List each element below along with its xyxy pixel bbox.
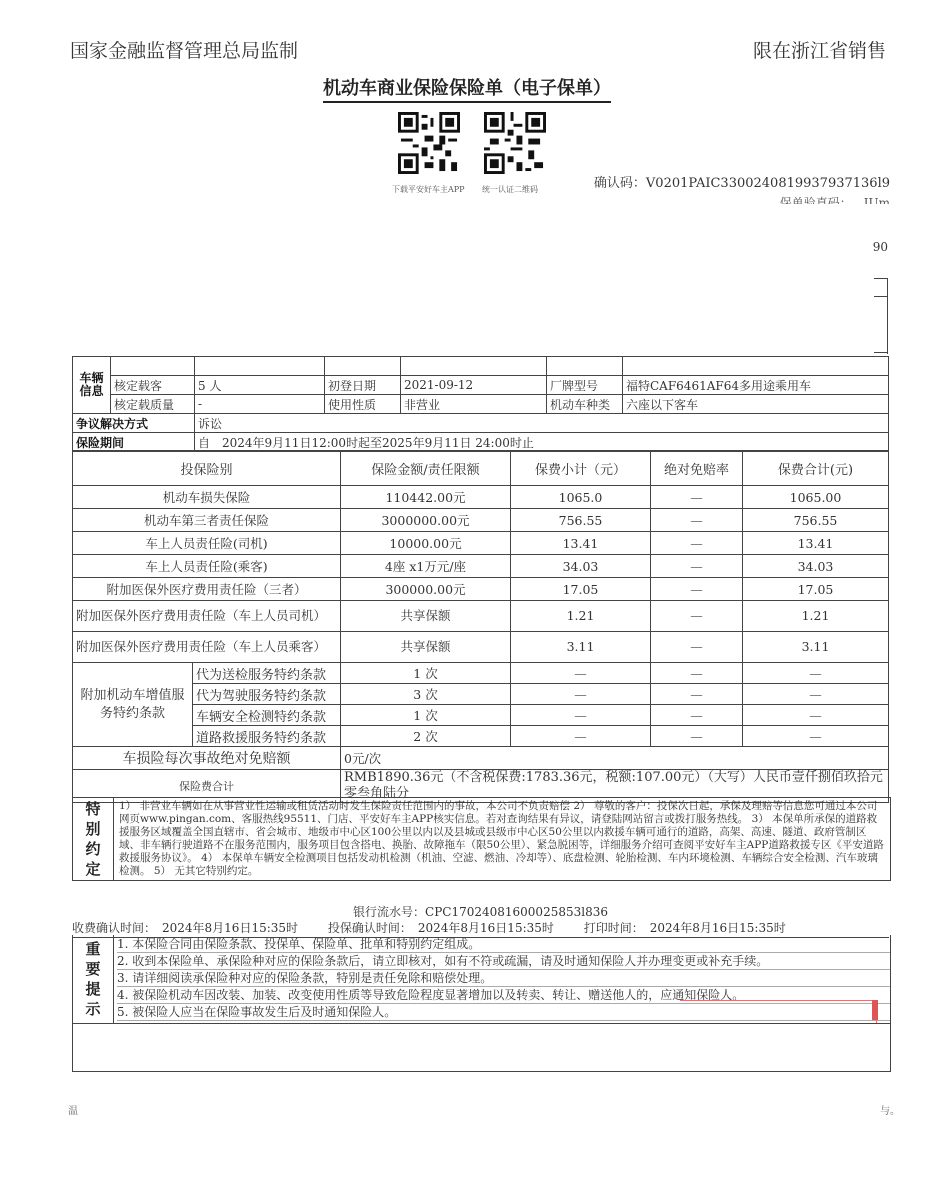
column-header: 保费合计(元) [743, 451, 889, 486]
table-row: 核定载客 5 人 初登日期 2021-09-12 厂牌型号 福特CAF6461A… [73, 376, 889, 395]
field-value: 5 人 [195, 376, 325, 395]
coverage-name: 车上人员责任险(乘客) [73, 555, 341, 578]
premium-total: 3.11 [743, 632, 889, 663]
fee-confirm-time: 收费确认时间： 2024年8月16日15:35时 [72, 921, 298, 935]
coverage-amount: 3000000.00元 [341, 509, 511, 532]
number-fragment: 90 [873, 240, 888, 254]
field-label: 核定载质量 [111, 395, 195, 414]
qr-code-icon [484, 112, 546, 174]
vehicle-info-table: 车辆信息 核定载客 5 人 初登日期 2021-09-12 厂牌型号 福特CAF… [72, 356, 889, 452]
page-title: 机动车商业保险保险单（电子保单） [0, 74, 934, 100]
deductible-rate: — [651, 532, 743, 555]
field-label: 初登日期 [325, 376, 401, 395]
coverage-amount: 10000.00元 [341, 532, 511, 555]
premium-subtotal: 756.55 [511, 509, 651, 532]
special-terms-text: 1） 非营业车辆如在从事营业性运输或租赁活动时发生保险责任范围内的事故，本公司不… [117, 798, 890, 880]
deductible-rate: — [651, 509, 743, 532]
deductible-value: 0元/次 [341, 747, 889, 770]
qr-code-icon [398, 112, 460, 174]
field-value: 六座以下客车 [623, 395, 889, 414]
premium-subtotal: 13.41 [511, 532, 651, 555]
deductible-rate: — [651, 726, 743, 747]
coverage-amount: 共享保额 [341, 632, 511, 663]
dispute-value: 诉讼 [195, 414, 889, 433]
column-header: 投保险别 [73, 451, 341, 486]
premium-total: 1.21 [743, 601, 889, 632]
premium-subtotal: — [511, 705, 651, 726]
sales-region-label: 限在浙江省销售 [753, 36, 886, 63]
deductible-rate: — [651, 555, 743, 578]
premium-subtotal: — [511, 684, 651, 705]
period-value: 自 2024年9月11日12:00时起至2025年9月11日 24:00时止 [195, 433, 889, 452]
premium-total: 13.41 [743, 532, 889, 555]
qr-caption-auth: 统一认证二维码 [482, 184, 538, 195]
coverage-name: 附加医保外医疗费用责任险（三者） [73, 578, 341, 601]
deductible-rate: — [651, 486, 743, 509]
table-row: 代为驾驶服务特约条款3 次——— [73, 684, 889, 705]
premium-total: 756.55 [743, 509, 889, 532]
service-name: 代为驾驶服务特约条款 [193, 684, 341, 705]
seal-stamp-edge [680, 1000, 877, 1023]
qr-caption-app: 下载平安好车主APP [392, 184, 465, 195]
coverage-amount: 4座 x1万元/座 [341, 555, 511, 578]
seal-stamp-mark [872, 1000, 878, 1020]
field-value: 非营业 [401, 395, 547, 414]
field-value: 2021-09-12 [401, 376, 547, 395]
service-count: 3 次 [341, 684, 511, 705]
deductible-rate: — [651, 705, 743, 726]
confirm-code-value: V0201PAIC3300240819937937136l9 [646, 176, 890, 191]
column-header: 保费小计（元） [511, 451, 651, 486]
coverage-name: 车上人员责任险(司机) [73, 532, 341, 555]
service-name: 道路救援服务特约条款 [193, 726, 341, 747]
policy-confirm-time: 投保确认时间： 2024年8月16日15:35时 [328, 921, 554, 935]
deductible-rate: — [651, 663, 743, 684]
premium-subtotal: 34.03 [511, 555, 651, 578]
footer-fragment-right: 与。 [880, 1102, 900, 1117]
bank-serial-value: CPC17024081600025853l836 [425, 905, 608, 919]
coverage-amount: 共享保额 [341, 601, 511, 632]
special-terms-label: 特别约定 [85, 799, 101, 879]
table-row: 附加医保外医疗费用责任险（车上人员乘客）共享保额3.11—3.11 [73, 632, 889, 663]
coverage-amount: 110442.00元 [341, 486, 511, 509]
notice-label: 重要提示 [85, 939, 101, 1019]
premium-total: — [743, 663, 889, 684]
divider [887, 278, 888, 354]
field-value: 福特CAF6461AF64多用途乘用车 [623, 376, 889, 395]
dispute-row: 争议解决方式 诉讼 [73, 414, 889, 433]
premium-total: 1065.00 [743, 486, 889, 509]
deductible-label: 车损险每次事故绝对免赔额 [73, 747, 341, 770]
footer-fragment-left: 温 [68, 1102, 78, 1117]
blank-box [72, 1023, 891, 1072]
premium-total: — [743, 705, 889, 726]
confirm-code: 确认码：V0201PAIC3300240819937937136l9 [594, 172, 890, 191]
premium-subtotal: 1065.0 [511, 486, 651, 509]
table-row: 道路救援服务特约条款2 次——— [73, 726, 889, 747]
divider [874, 352, 888, 353]
field-value: - [195, 395, 325, 414]
field-label: 使用性质 [325, 395, 401, 414]
vehicle-section-label: 车辆信息 [73, 357, 111, 414]
service-name: 车辆安全检测特约条款 [193, 705, 341, 726]
field-label: 厂牌型号 [547, 376, 623, 395]
table-row: 附加医保外医疗费用责任险（车上人员司机）共享保额1.21—1.21 [73, 601, 889, 632]
premium-subtotal: — [511, 663, 651, 684]
service-name: 代为送检服务特约条款 [193, 663, 341, 684]
table-row: 车辆信息 [73, 357, 889, 376]
field-label: 机动车种类 [547, 395, 623, 414]
special-terms-section: 特别约定 1） 非营业车辆如在从事营业性运输或租赁活动时发生保险责任范围内的事故… [72, 797, 891, 881]
period-label: 保险期间 [73, 433, 195, 452]
table-row: 机动车第三者责任保险3000000.00元756.55—756.55 [73, 509, 889, 532]
deductible-rate: — [651, 578, 743, 601]
table-row: 机动车损失保险110442.00元1065.0—1065.00 [73, 486, 889, 509]
table-row: 核定载质量 - 使用性质 非营业 机动车种类 六座以下客车 [73, 395, 889, 414]
deductible-row: 车损险每次事故绝对免赔额 0元/次 [73, 747, 889, 770]
coverage-name: 附加医保外医疗费用责任险（车上人员司机） [73, 601, 341, 632]
divider [874, 278, 888, 279]
field-label: 核定载客 [111, 376, 195, 395]
notice-item: 3. 请详细阅读承保险种对应的保险条款，特别是责任免除和赔偿处理。 [117, 970, 890, 987]
coverage-name: 附加医保外医疗费用责任险（车上人员乘客） [73, 632, 341, 663]
service-count: 1 次 [341, 705, 511, 726]
table-row: 车上人员责任险(司机)10000.00元13.41—13.41 [73, 532, 889, 555]
verify-code-partial: 保单验真码：…IUm [780, 194, 890, 204]
coverage-amount: 300000.00元 [341, 578, 511, 601]
table-row: 附加医保外医疗费用责任险（三者）300000.00元17.05—17.05 [73, 578, 889, 601]
deductible-rate: — [651, 684, 743, 705]
column-header: 绝对免赔率 [651, 451, 743, 486]
premium-total: 34.03 [743, 555, 889, 578]
value-added-group-label: 附加机动车增值服务特约条款 [73, 663, 193, 747]
notice-item: 2. 收到本保险单、承保险种对应的保险条款后，请立即核对，如有不符或疏漏，请及时… [117, 953, 890, 970]
premium-total: — [743, 726, 889, 747]
service-count: 1 次 [341, 663, 511, 684]
table-row: 附加机动车增值服务特约条款代为送检服务特约条款1 次——— [73, 663, 889, 684]
premium-subtotal: 17.05 [511, 578, 651, 601]
coverage-name: 机动车损失保险 [73, 486, 341, 509]
notice-item: 1. 本保险合同由保险条款、投保单、保险单、批单和特别约定组成。 [117, 936, 890, 953]
premium-subtotal: 1.21 [511, 601, 651, 632]
coverage-table: 投保险别 保险金额/责任限额 保费小计（元） 绝对免赔率 保费合计(元) 机动车… [72, 450, 889, 803]
column-header: 保险金额/责任限额 [341, 451, 511, 486]
premium-subtotal: 3.11 [511, 632, 651, 663]
period-row: 保险期间 自 2024年9月11日12:00时起至2025年9月11日 24:0… [73, 433, 889, 452]
premium-total: — [743, 684, 889, 705]
table-row: 车辆安全检测特约条款1 次——— [73, 705, 889, 726]
table-header-row: 投保险别 保险金额/责任限额 保费小计（元） 绝对免赔率 保费合计(元) [73, 451, 889, 486]
service-count: 2 次 [341, 726, 511, 747]
table-row: 车上人员责任险(乘客)4座 x1万元/座34.03—34.03 [73, 555, 889, 578]
deductible-rate: — [651, 632, 743, 663]
premium-total: 17.05 [743, 578, 889, 601]
premium-subtotal: — [511, 726, 651, 747]
bank-serial: 银行流水号：CPC17024081600025853l836 [72, 903, 889, 920]
divider [874, 296, 888, 297]
deductible-rate: — [651, 601, 743, 632]
supervisor-label: 国家金融监督管理总局监制 [70, 36, 298, 63]
coverage-name: 机动车第三者责任保险 [73, 509, 341, 532]
print-time: 打印时间： 2024年8月16日15:35时 [584, 921, 786, 935]
dispute-label: 争议解决方式 [73, 414, 195, 433]
